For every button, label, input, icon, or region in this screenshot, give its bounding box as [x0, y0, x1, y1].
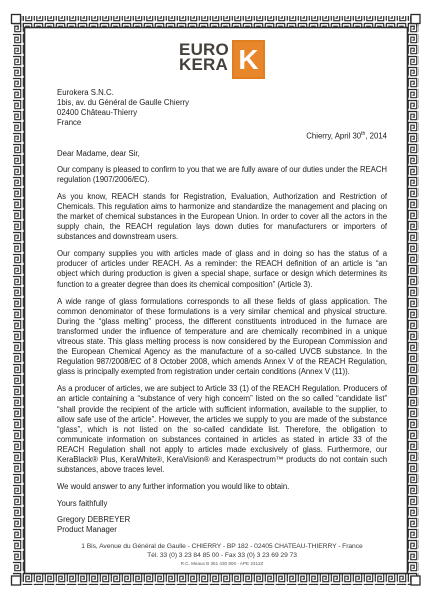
letter-content: EURO KERA K Eurokera S.N.C. 1bis, av. du…	[57, 40, 387, 567]
closing: Yours faithfully	[57, 499, 387, 508]
letter-page: EURO KERA K Eurokera S.N.C. 1bis, av. du…	[0, 0, 432, 600]
sender-country: France	[57, 118, 387, 128]
date-suffix: , 2014	[365, 132, 387, 141]
eurokera-logo-wordmark: EURO KERA	[179, 43, 229, 72]
logo-k-letter: K	[238, 46, 258, 74]
date-prefix: Chierry, April 30	[306, 132, 361, 141]
paragraph-further-information: We would answer to any further informati…	[57, 482, 387, 492]
sender-address: Eurokera S.N.C. 1bis, av. du Général de …	[57, 88, 387, 128]
letterhead-footer: 1 Bis, Avenue du Général de Gaulle - CHI…	[57, 543, 387, 566]
logo-line-kera: KERA	[179, 58, 229, 73]
footer-registration: R.C. Meaux B 351 430 806 - APE 2312Z	[57, 561, 387, 567]
signer-name: Gregory DEBREYER	[57, 515, 387, 525]
salutation: Dear Madame, dear Sir,	[57, 149, 387, 158]
paragraph-article-33: As a producer of articles, we are subjec…	[57, 384, 387, 475]
eurokera-logo: EURO KERA K	[57, 40, 387, 79]
date-line: Chierry, April 30th, 2014	[57, 131, 387, 141]
paragraph-producer-of-articles: Our company supplies you with articles m…	[57, 249, 387, 289]
sender-street: 1bis, av. du Général de Gaulle Chierry	[57, 98, 387, 108]
footer-phone-fax: Tél. 33 (0) 3 23 84 85 00 - Fax 33 (0) 3…	[57, 552, 387, 561]
signer-title: Product Manager	[57, 525, 387, 535]
signature-block: Gregory DEBREYER Product Manager	[57, 515, 387, 535]
paragraph-duties: Our company is pleased to confirm to you…	[57, 165, 387, 185]
sender-city: 02400 Château-Thierry	[57, 108, 387, 118]
eurokera-k-icon: K	[232, 40, 265, 79]
paragraph-glass-formulations: A wide range of glass formulations corre…	[57, 297, 387, 378]
sender-company: Eurokera S.N.C.	[57, 88, 387, 98]
paragraph-reach-definition: As you know, REACH stands for Registrati…	[57, 192, 387, 242]
footer-address: 1 Bis, Avenue du Général de Gaulle - CHI…	[57, 543, 387, 552]
